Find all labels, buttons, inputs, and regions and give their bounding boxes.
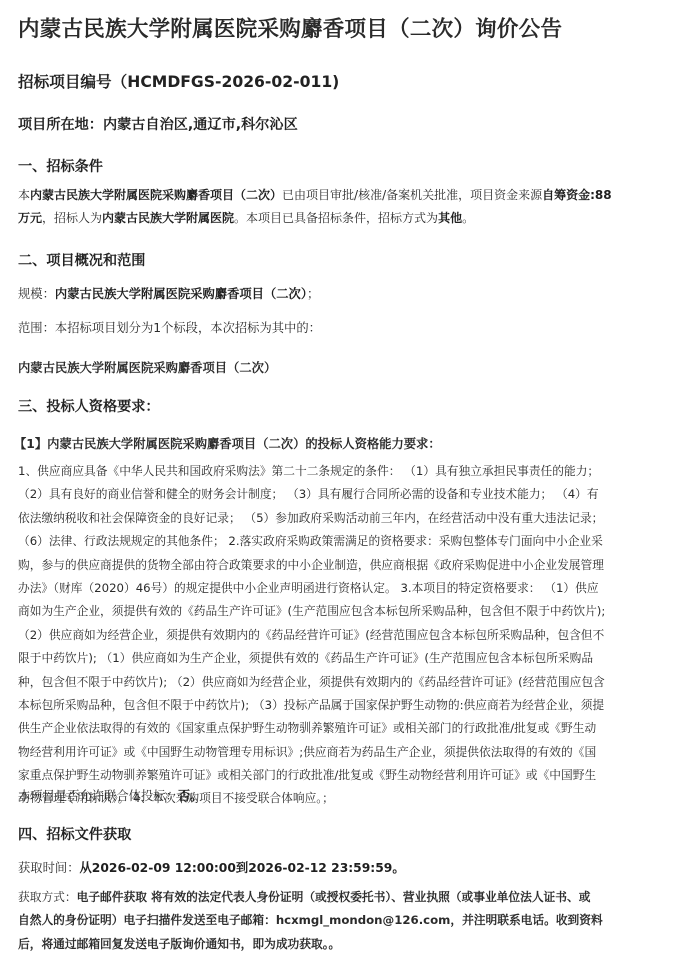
req-line: 商如为生产企业，须提供有效的《药品生产许可证》(生产范围应包含本标包所采购品种，… — [18, 600, 696, 623]
project-name: 内蒙古民族大学附属医院采购麝香项目（二次） — [30, 188, 282, 202]
acquire-method-text: 自然人的身份证明）电子扫描件发送至电子邮箱：hcxmgl_mondon@126.… — [18, 913, 603, 927]
section-1-line-2: 万元，招标人为内蒙古民族大学附属医院。本项目已具备招标条件，招标方式为其他。 — [18, 207, 696, 230]
acquire-method-text: 后，将通过邮箱回复发送电子版询价通知书，即为成功获取。。 — [18, 937, 340, 951]
section-2-heading: 二、项目概况和范围 — [18, 250, 696, 270]
acquire-method-line: 自然人的身份证明）电子扫描件发送至电子邮箱：hcxmgl_mondon@126.… — [18, 909, 696, 932]
qualification-requirements: 1、供应商应具备《中华人民共和国政府采购法》第二十二条规定的条件： （1）具有独… — [18, 460, 696, 811]
scale-line: 规模：内蒙古民族大学附属医院采购麝香项目（二次）； — [18, 284, 696, 302]
text: ； — [307, 287, 319, 301]
section-4-heading: 四、招标文件获取 — [18, 824, 696, 844]
req-line: 购，参与的供应商提供的货物全部由符合政策要求的中小企业制造，供应商根据《政府采购… — [18, 554, 696, 577]
req-line: 家重点保护野生动物驯养繁殖许可证》或相关部门的行政批准/批复或《野生动物经营利用… — [18, 764, 696, 787]
req-line: 本标包所采购品种，包含但不限于中药饮片); （3）投标产品属于国家保护野生动物的… — [18, 694, 696, 717]
req-line: 1、供应商应具备《中华人民共和国政府采购法》第二十二条规定的条件： （1）具有独… — [18, 460, 696, 483]
section-1-body: 本内蒙古民族大学附属医院采购麝香项目（二次）已由项目审批/核准/备案机关批准，项… — [18, 184, 696, 231]
acquire-method-text: 电子邮件获取 将有效的法定代表人身份证明（或授权委托书）、营业执照（或事业单位法… — [77, 890, 591, 904]
req-line: （2）具有良好的商业信誉和健全的财务会计制度； （3）具有履行合同所必需的设备和… — [18, 483, 696, 506]
acquire-time-line: 获取时间：从2026-02-09 12:00:00到2026-02-12 23:… — [18, 858, 696, 876]
req-line: 依法缴纳税收和社会保障资金的良好记录； （5）参加政府采购活动前三年内，在经营活… — [18, 507, 696, 530]
lot-name: 内蒙古民族大学附属医院采购麝香项目（二次） — [18, 358, 696, 376]
project-location: 项目所在地：内蒙古自治区,通辽市,科尔沁区 — [18, 114, 696, 134]
req-line: （6）法律、行政法规规定的其他条件； 2.落实政府采购政策需满足的资格要求：采购… — [18, 530, 696, 553]
acquire-time-label: 获取时间： — [18, 861, 80, 875]
consortium-line: 本项目是否允许联合体投标：否。 — [18, 786, 696, 804]
page-title: 内蒙古民族大学附属医院采购麝香项目（二次）询价公告 — [18, 12, 696, 43]
acquire-method-line: 获取方式：电子邮件获取 将有效的法定代表人身份证明（或授权委托书）、营业执照（或… — [18, 886, 696, 909]
acquire-method-line: 后，将通过邮箱回复发送电子版询价通知书，即为成功获取。。 — [18, 933, 696, 956]
text: 本 — [18, 188, 30, 202]
tenderer-name: 内蒙古民族大学附属医院 — [102, 211, 234, 225]
req-line: （2）供应商如为经营企业，须提供有效期内的《药品经营许可证》(经营范围应包含本标… — [18, 624, 696, 647]
consortium-value: 否。 — [178, 789, 203, 803]
acquire-time-value: 从2026-02-09 12:00:00到2026-02-12 23:59:59… — [80, 861, 405, 875]
req-line: 限于中药饮片); （1）供应商如为生产企业，须提供有效的《药品生产许可证》(生产… — [18, 647, 696, 670]
scope-line: 范围：本招标项目划分为1个标段，本次招标为其中的： — [18, 318, 696, 336]
acquire-method: 获取方式：电子邮件获取 将有效的法定代表人身份证明（或授权委托书）、营业执照（或… — [18, 886, 696, 956]
section-3-heading: 三、投标人资格要求： — [18, 396, 696, 416]
project-number: 招标项目编号（HCMDFGS-2026-02-011) — [18, 70, 696, 92]
text: 已由项目审批/核准/备案机关批准，项目资金来源 — [282, 188, 542, 202]
req-line: 物经营利用许可证》或《中国野生动物管理专用标识》;供应商若为药品生产企业，须提供… — [18, 741, 696, 764]
text: 。 — [462, 211, 474, 225]
acquire-method-label: 获取方式： — [18, 890, 77, 904]
req-line: 种，包含但不限于中药饮片); （2）供应商如为经营企业，须提供有效期内的《药品经… — [18, 671, 696, 694]
qualification-subheading: 【1】内蒙古民族大学附属医院采购麝香项目（二次）的投标人资格能力要求： — [14, 434, 696, 452]
section-1-line-1: 本内蒙古民族大学附属医院采购麝香项目（二次）已由项目审批/核准/备案机关批准，项… — [18, 184, 696, 207]
fund-source: 自筹资金:88 — [542, 188, 612, 202]
fund-unit: 万元 — [18, 211, 42, 225]
tender-method: 其他 — [438, 211, 462, 225]
scale-value: 内蒙古民族大学附属医院采购麝香项目（二次） — [55, 287, 307, 301]
consortium-label: 本项目是否允许联合体投标： — [18, 789, 178, 803]
req-line: 办法》（财库（2020）46号）的规定提供中小企业声明函进行资格认定。 3.本项… — [18, 577, 696, 600]
section-1-heading: 一、招标条件 — [18, 156, 696, 176]
scale-label: 规模： — [18, 287, 55, 301]
req-line: 供生产企业依法取得的有效的《国家重点保护野生动物驯养繁殖许可证》或相关部门的行政… — [18, 717, 696, 740]
text: 。本项目已具备招标条件，招标方式为 — [234, 211, 438, 225]
text: ，招标人为 — [42, 211, 102, 225]
